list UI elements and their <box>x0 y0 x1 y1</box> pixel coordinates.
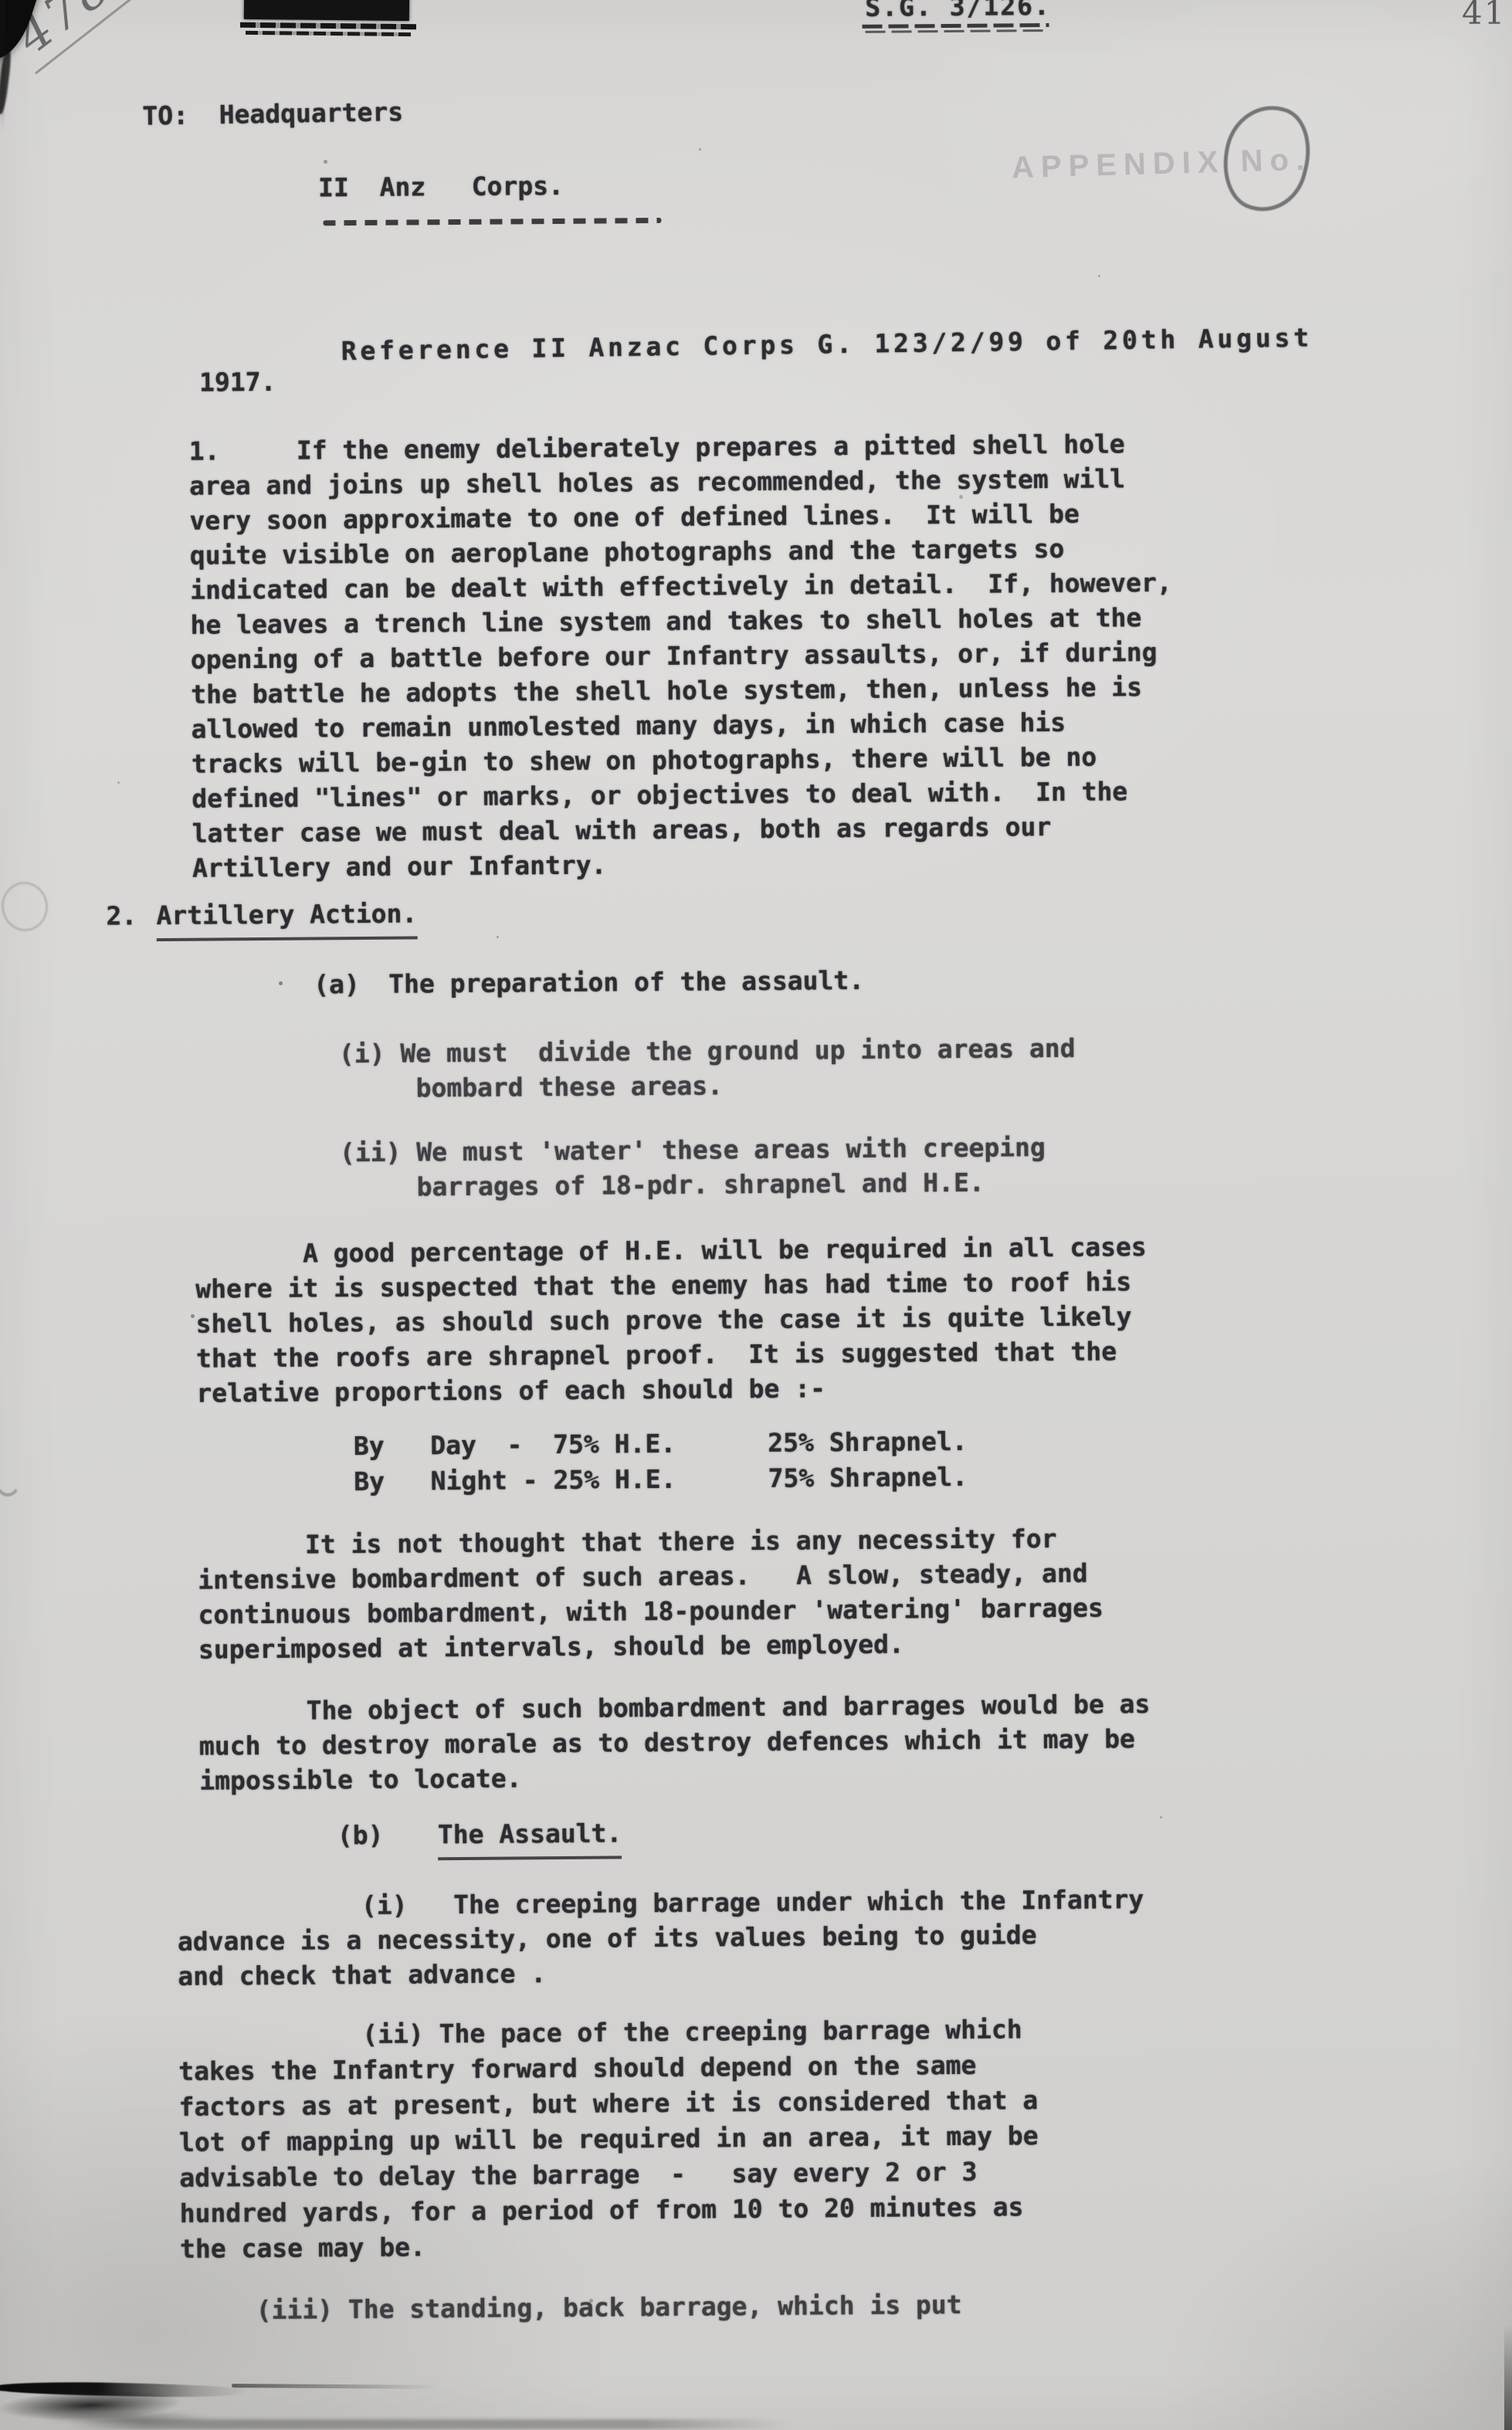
file-reference-underline-2 <box>866 29 1045 33</box>
item-b-iii: (iii) The standing, back barrage, which … <box>256 2287 962 2327</box>
item-a-i: (i) We must divide the ground up into ar… <box>339 1031 1076 1106</box>
addressee-unit-line: II Anz Corps. <box>318 168 564 205</box>
sub-b-heading: The Assault. <box>438 1815 622 1860</box>
unit-line-dashed-underline <box>323 218 661 225</box>
item-a-ii: (ii) We must 'water' these areas with cr… <box>340 1130 1046 1205</box>
dust-specks <box>0 0 2 2</box>
ratio-table: By Day - 75% H.E. 25% Shrapnel. By Night… <box>354 1424 968 1500</box>
paragraph-object: The object of such bombardment and barra… <box>198 1686 1151 1798</box>
paragraph-percentage: A good percentage of H.E. will be requir… <box>195 1229 1148 1411</box>
right-edge-shadow <box>1504 2324 1512 2430</box>
addressee-to-line: TO: Headquarters <box>142 94 403 134</box>
typed-text-layer: S.G. 3/126. TO: Headquarters II Anz Corp… <box>0 0 1512 2430</box>
item-b-ii: (ii) The pace of the creeping barrage wh… <box>178 2011 1039 2267</box>
paragraph-1: 1. If the enemy deliberately prepares a … <box>189 426 1175 886</box>
file-reference-underline <box>862 23 1049 29</box>
sub-a-heading: The preparation of the assault. <box>388 963 864 1001</box>
reference-year: 1917. <box>199 364 276 400</box>
redacted-title-mark <box>244 0 409 21</box>
section-2-heading: Artillery Action. <box>156 896 417 941</box>
file-reference: S.G. 3/126. <box>865 0 1051 25</box>
left-edge-shadow <box>0 0 5 131</box>
section-2-number: 2. <box>106 898 137 933</box>
sub-b-label: (b) <box>337 1818 384 1852</box>
scanned-document-page: S.G. 3/126. TO: Headquarters II Anz Corp… <box>0 0 1512 2430</box>
item-b-i: (i) The creeping barrage under which the… <box>177 1882 1144 1994</box>
sub-a-label: (a) <box>314 967 360 1001</box>
page-number: 41 <box>1462 0 1506 32</box>
bottom-edge-shadow <box>69 2419 788 2429</box>
reference-line: Reference II Anzac Corps G. 123/2/99 of … <box>341 320 1313 368</box>
paragraph-bombardment: It is not thought that there is any nece… <box>198 1520 1104 1666</box>
